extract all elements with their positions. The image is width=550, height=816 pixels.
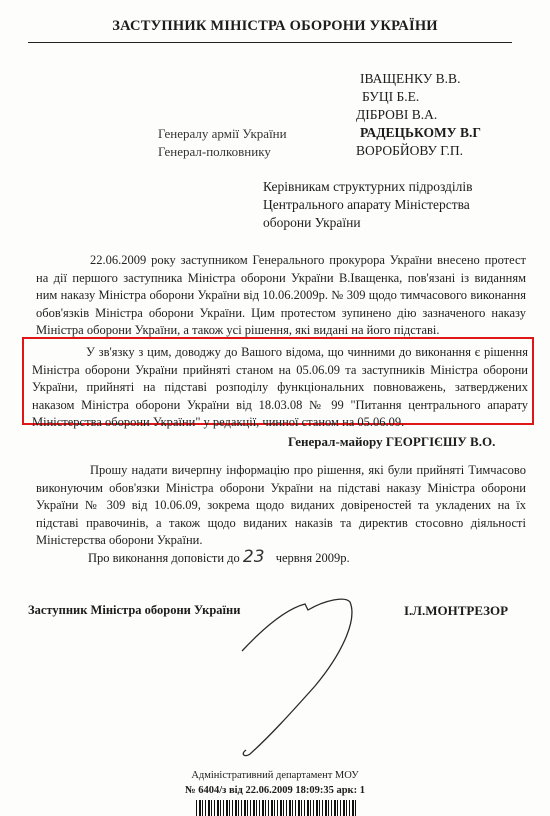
- paragraph-protest: 22.06.2009 року заступником Генерального…: [36, 252, 526, 340]
- signatory-name: І.Л.МОНТРЕЗОР: [404, 603, 508, 619]
- department-line: оборони України: [263, 214, 361, 232]
- letterhead-title: ЗАСТУПНИК МІНІСТРА ОБОРОНИ УКРАЇНИ: [0, 18, 550, 35]
- deadline-suffix: червня 2009р.: [276, 551, 350, 565]
- department-line: Центрального апарату Міністерства: [263, 196, 470, 214]
- addressee-name: ІВАЩЕНКУ В.В.: [360, 70, 460, 88]
- signature-icon: [230, 596, 360, 766]
- signatory-position: Заступник Міністра оборони України: [28, 603, 240, 618]
- paragraph-request: Прошу надати вичерпну інформацію про ріш…: [36, 462, 526, 550]
- deadline-line: Про виконання доповісти до 23 червня 200…: [88, 547, 350, 567]
- footer-department: Адміністративний департамент МОУ: [0, 770, 550, 781]
- addressee-name: РАДЕЦЬКОМУ В.Г: [360, 124, 481, 142]
- barcode-icon: [196, 800, 356, 816]
- addressee-name: ДІБРОВІ В.А.: [356, 106, 437, 124]
- addressee-name: БУЦІ Б.Е.: [362, 88, 419, 106]
- addressee-rank: Генерал-полковнику: [158, 144, 271, 160]
- footer-registration: № 6404/з від 22.06.2009 18:09:35 арк: 1: [0, 785, 550, 796]
- paragraph-protest-text: 22.06.2009 року заступником Генерального…: [36, 253, 526, 337]
- addressee-general: Генерал-майору ГЕОРГІЄШУ В.О.: [288, 434, 495, 450]
- addressee-name: ВОРОБЙОВУ Г.П.: [356, 142, 463, 160]
- department-line: Керівникам структурних підрозділів: [263, 178, 473, 196]
- paragraph-highlighted-text: У зв'язку з цим, доводжу до Вашого відом…: [32, 345, 528, 429]
- addressee-rank: Генералу армії України: [158, 126, 287, 142]
- paragraph-request-text: Прошу надати вичерпну інформацію про ріш…: [36, 463, 526, 547]
- letterhead-rule: [28, 42, 512, 43]
- deadline-prefix: Про виконання доповісти до: [88, 551, 240, 565]
- deadline-day-handwritten: 23: [243, 547, 265, 567]
- paragraph-highlighted: У зв'язку з цим, доводжу до Вашого відом…: [32, 344, 528, 432]
